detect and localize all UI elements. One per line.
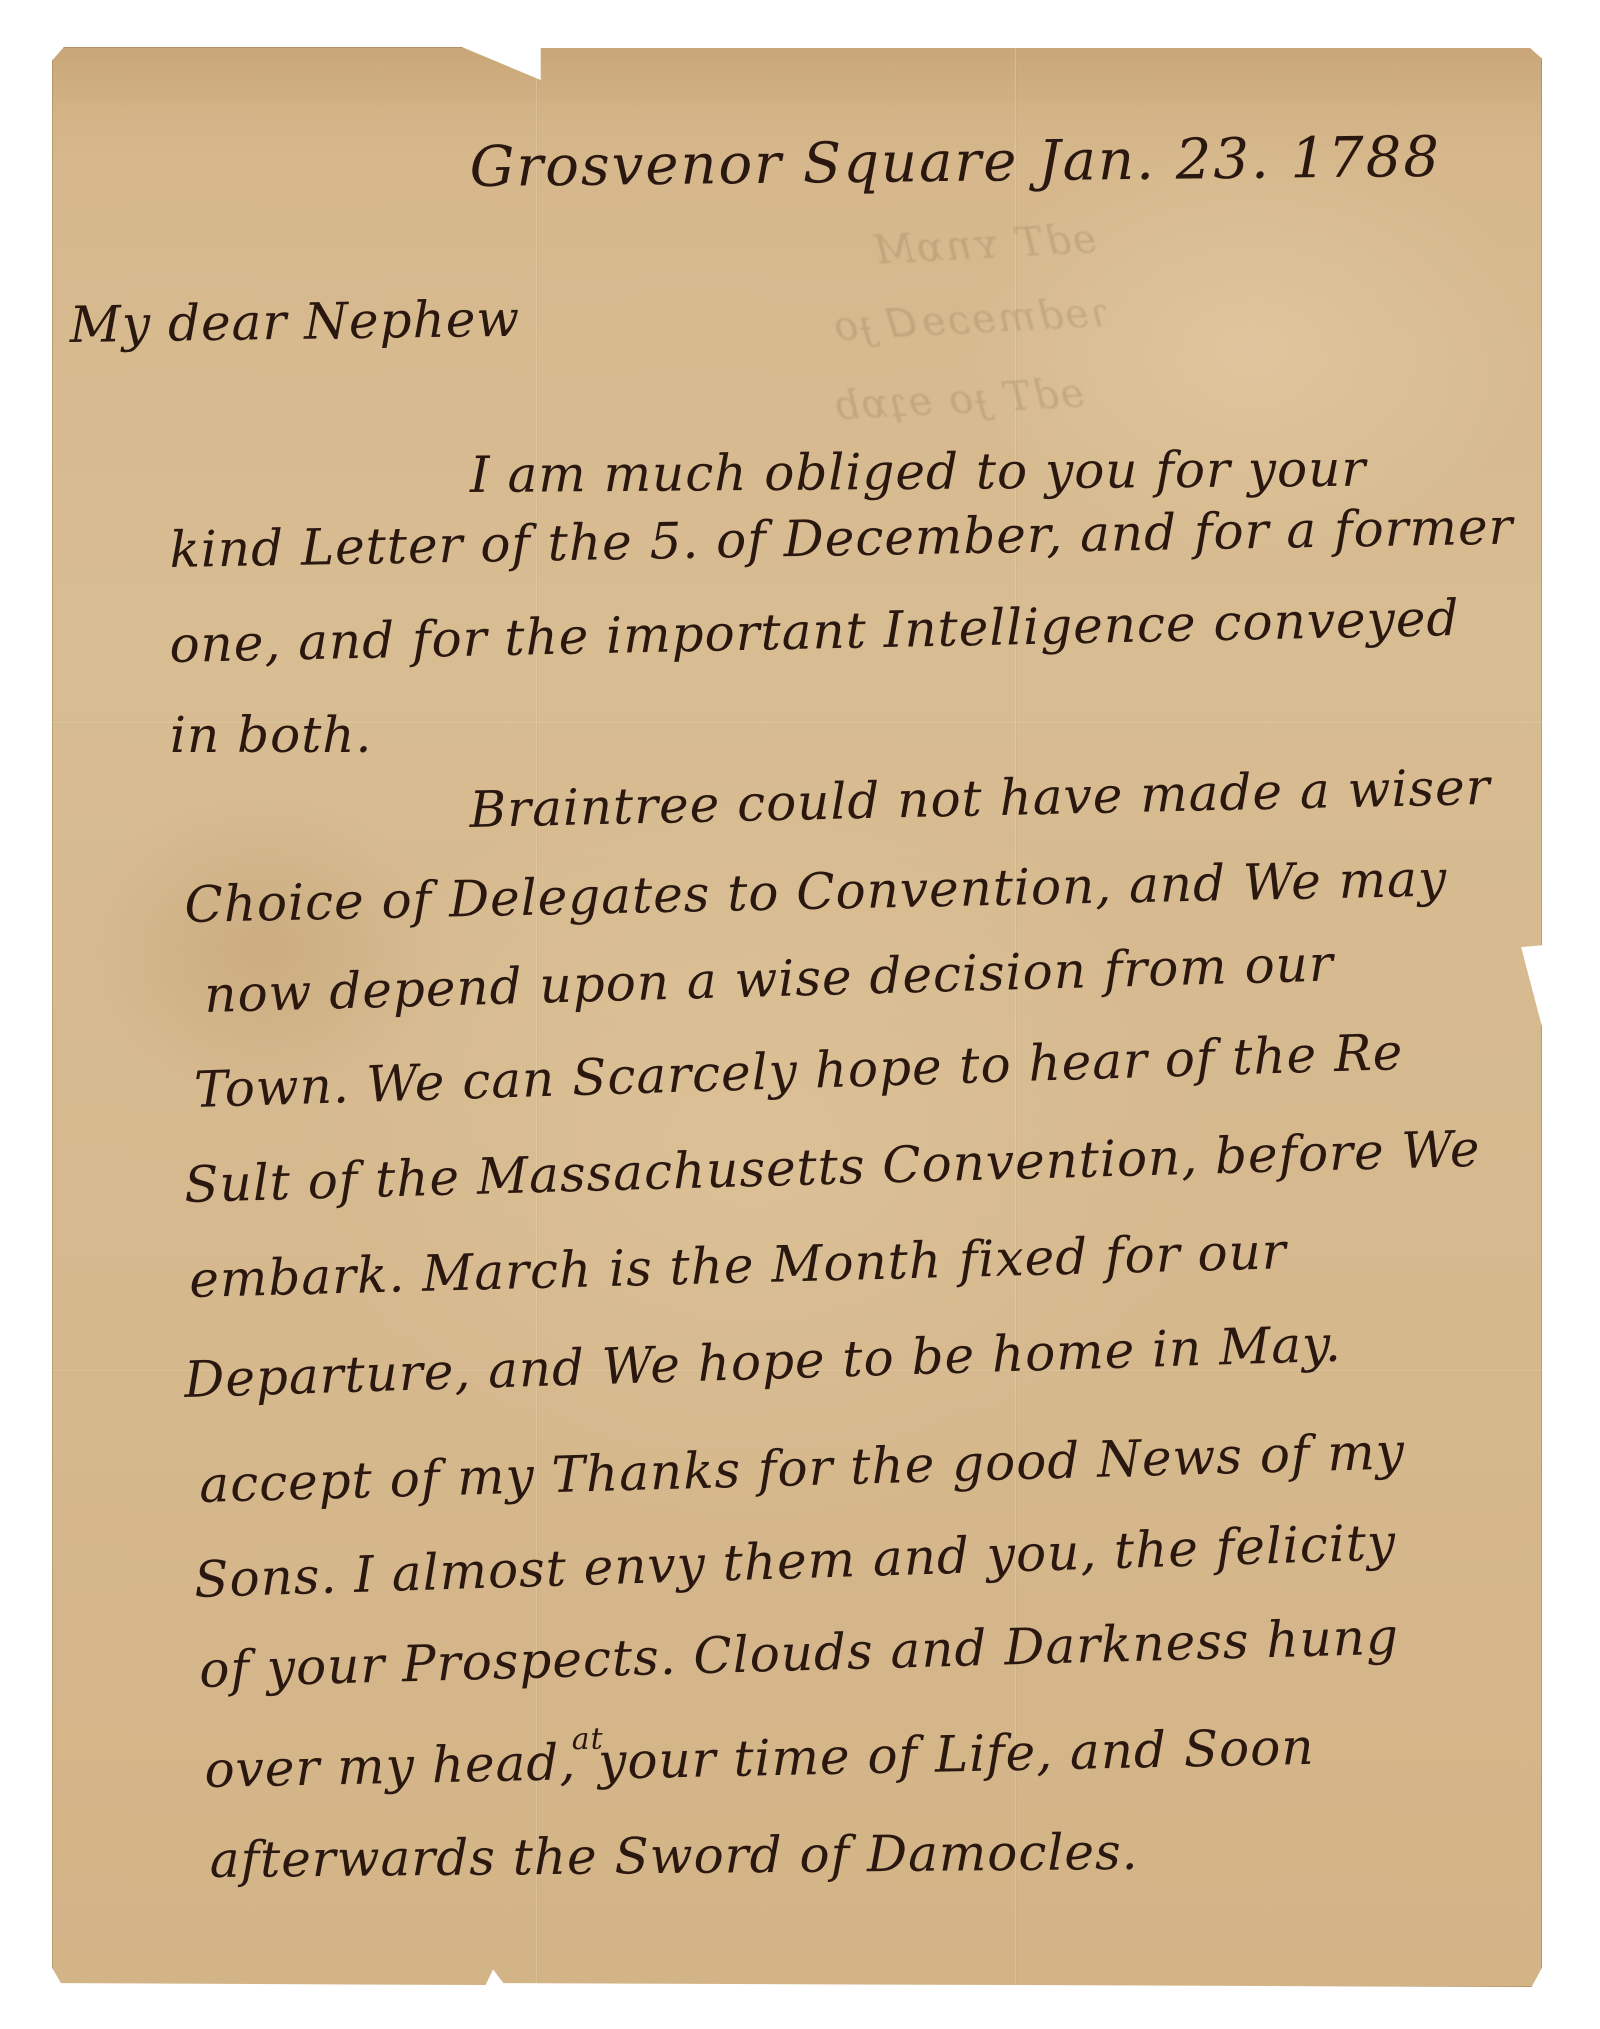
- interlinear-insertion: at: [571, 1722, 604, 1758]
- bleed-through-text: ɿɘdmɘɔɘᗡ ɟo: [831, 290, 1110, 350]
- letter-line-16-closing: afterwards the Sword of Damocles.: [210, 1827, 1139, 1885]
- letter-line-1: I am much obliged to you for your: [470, 444, 1367, 500]
- letter-heading-place-date: Grosvenor Square Jan. 23. 1788: [469, 130, 1441, 196]
- letter-line-4: in both.: [170, 710, 372, 760]
- letter-salutation: My dear Nephew: [69, 294, 520, 350]
- line-15-start: over my head,: [204, 1733, 577, 1799]
- bleed-through-text: ɘdT ʏnɒM: [871, 216, 1098, 274]
- bleed-through-text: ɘdT ɟo ɘʇɒb: [831, 370, 1085, 429]
- fold-crease-vertical-left: [536, 47, 538, 1987]
- paper-top-discoloration: [52, 47, 1542, 112]
